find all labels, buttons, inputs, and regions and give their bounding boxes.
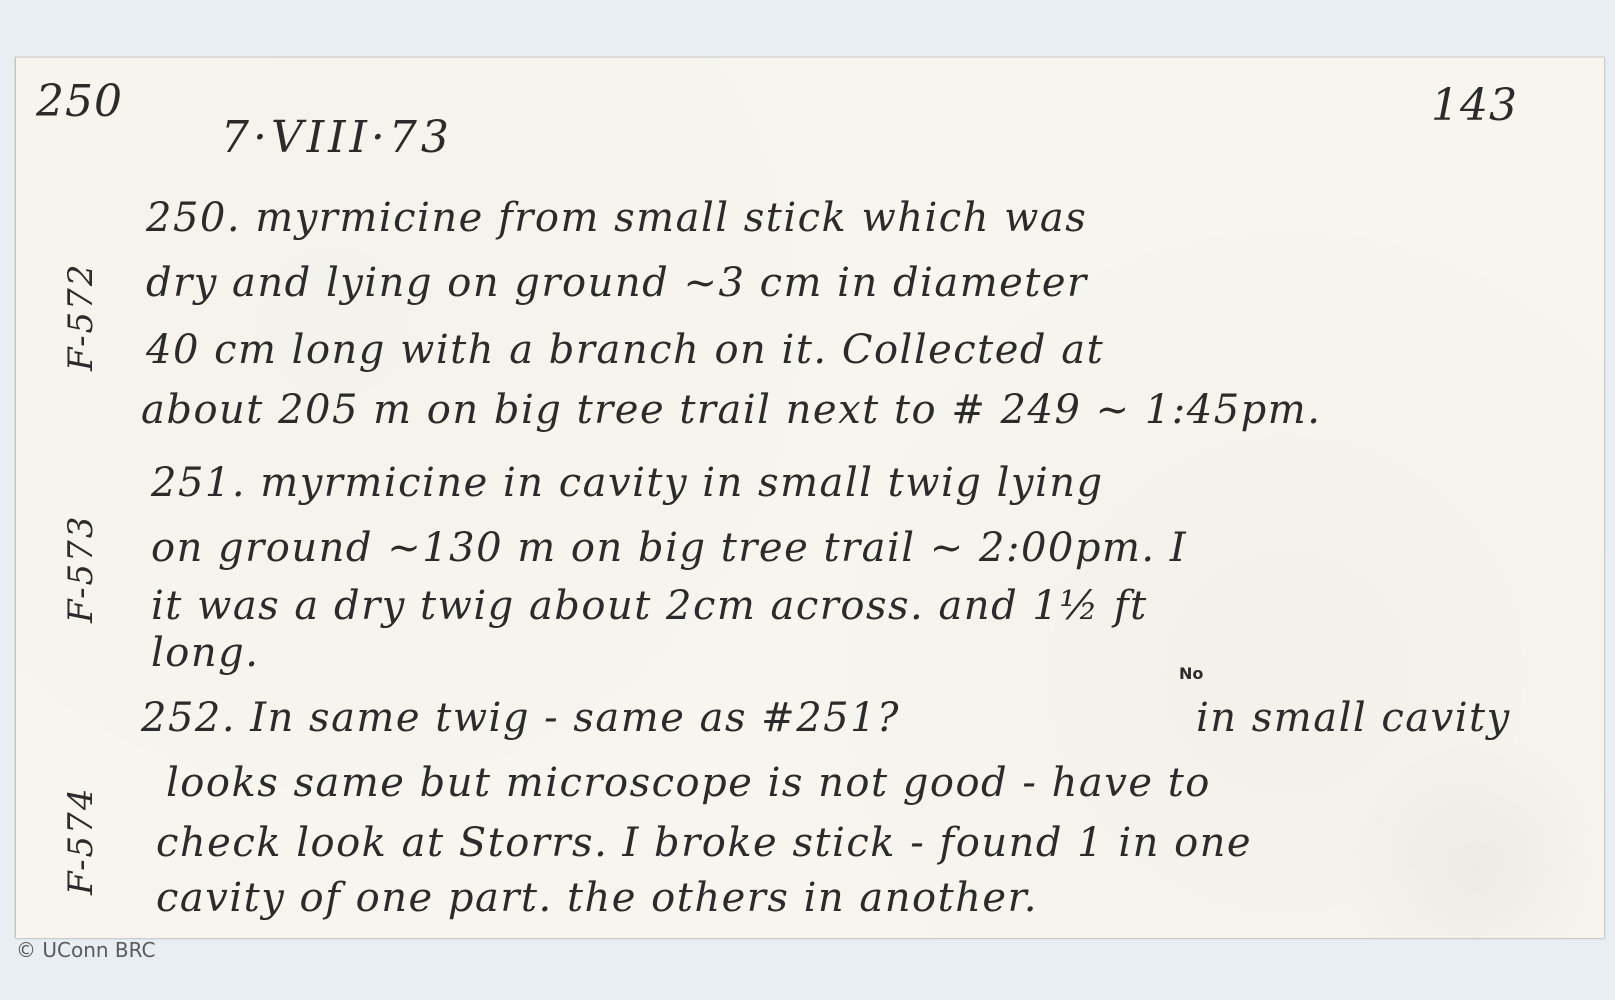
entry-251-line-4: long.	[151, 633, 259, 673]
field-note-card: 250 143 7·VIII·73 F-572 F-573 F-574 250.…	[15, 57, 1604, 938]
entry-252-line-1a: 252. In same twig - same as #251?	[141, 698, 900, 738]
margin-label-f574: F-574	[61, 787, 101, 895]
entry-252-annotation: No	[1179, 666, 1203, 682]
margin-label-f573: F-573	[61, 515, 101, 623]
entry-252-line-1b: in small cavity	[1196, 698, 1511, 738]
corner-right-number: 143	[1431, 84, 1518, 128]
entry-250-line-1: 250. myrmicine from small stick which wa…	[146, 198, 1087, 238]
entry-251-line-3: it was a dry twig about 2cm across. and …	[151, 586, 1148, 626]
margin-label-f572: F-572	[61, 263, 101, 371]
entry-252-line-4: cavity of one part. the others in anothe…	[156, 878, 1038, 918]
entry-251-line-2: on ground ~130 m on big tree trail ~ 2:0…	[151, 528, 1187, 568]
entry-250-line-4: about 205 m on big tree trail next to # …	[141, 390, 1321, 430]
entry-252-line-2: looks same but microscope is not good - …	[166, 763, 1211, 803]
copyright-notice: © UConn BRC	[16, 938, 156, 962]
card-date: 7·VIII·73	[221, 116, 453, 160]
entry-252-line-3: check look at Storrs. I broke stick - fo…	[156, 823, 1252, 863]
corner-left-number: 250	[36, 80, 123, 124]
entry-250-line-3: 40 cm long with a branch on it. Collecte…	[146, 330, 1104, 370]
entry-250-line-2: dry and lying on ground ~3 cm in diamete…	[146, 263, 1088, 303]
entry-251-line-1: 251. myrmicine in cavity in small twig l…	[151, 463, 1104, 503]
